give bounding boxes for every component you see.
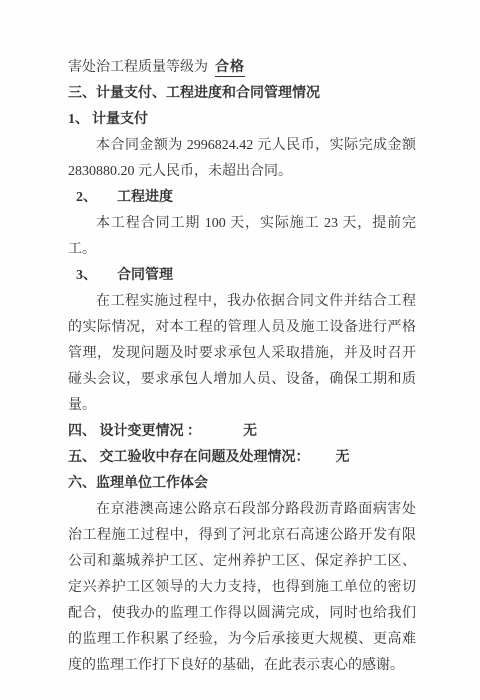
paragraph-supervision-reflection: 在京港澳高速公路京石段部分路段沥青路面病害处治工程施工过程中，得到了河北京石高速… xyxy=(68,497,416,679)
numbered-heading-3: 3、合同管理 xyxy=(68,263,416,289)
section-heading-6: 六、监理单位工作体会 xyxy=(68,471,416,497)
heading-number: 1、 xyxy=(68,112,89,127)
line-value: 无 xyxy=(336,450,350,465)
line-value: 无 xyxy=(243,424,257,439)
quality-grade-value: 合格 xyxy=(215,60,245,77)
heading-title: 工程进度 xyxy=(117,190,173,205)
heading-number: 2、 xyxy=(76,190,97,205)
quality-grade-text: 害处治工程质量等级为 xyxy=(68,60,208,75)
section-heading-3: 三、计量支付、工程进度和合同管理情况 xyxy=(68,81,416,107)
heading-number: 3、 xyxy=(76,268,97,283)
paragraph-schedule: 本工程合同工期 100 天，实际施工 23 天，提前完工。 xyxy=(68,211,416,263)
paragraph-contract-management: 在工程实施过程中，我办依据合同文件并结合工程的实际情况，对本工程的管理人员及施工… xyxy=(68,289,416,419)
line-label: 四、 设计变更情况 ： xyxy=(68,424,201,439)
labeled-line-design-changes: 四、 设计变更情况 ：无 xyxy=(68,419,416,445)
heading-title: 计量支付 xyxy=(92,112,148,127)
quality-grade-line: 害处治工程质量等级为合格 xyxy=(68,55,416,81)
document-page: 害处治工程质量等级为合格 三、计量支付、工程进度和合同管理情况 1、计量支付 本… xyxy=(0,0,480,700)
line-label: 五、 交工验收中存在问题及处理情况： xyxy=(68,450,310,465)
numbered-heading-2: 2、工程进度 xyxy=(68,185,416,211)
labeled-line-acceptance-issues: 五、 交工验收中存在问题及处理情况：无 xyxy=(68,445,416,471)
numbered-heading-1: 1、计量支付 xyxy=(68,107,416,133)
heading-title: 合同管理 xyxy=(117,268,173,283)
paragraph-payment: 本合同金额为 2996824.42 元人民币，实际完成金额 2830880.20… xyxy=(68,133,416,185)
